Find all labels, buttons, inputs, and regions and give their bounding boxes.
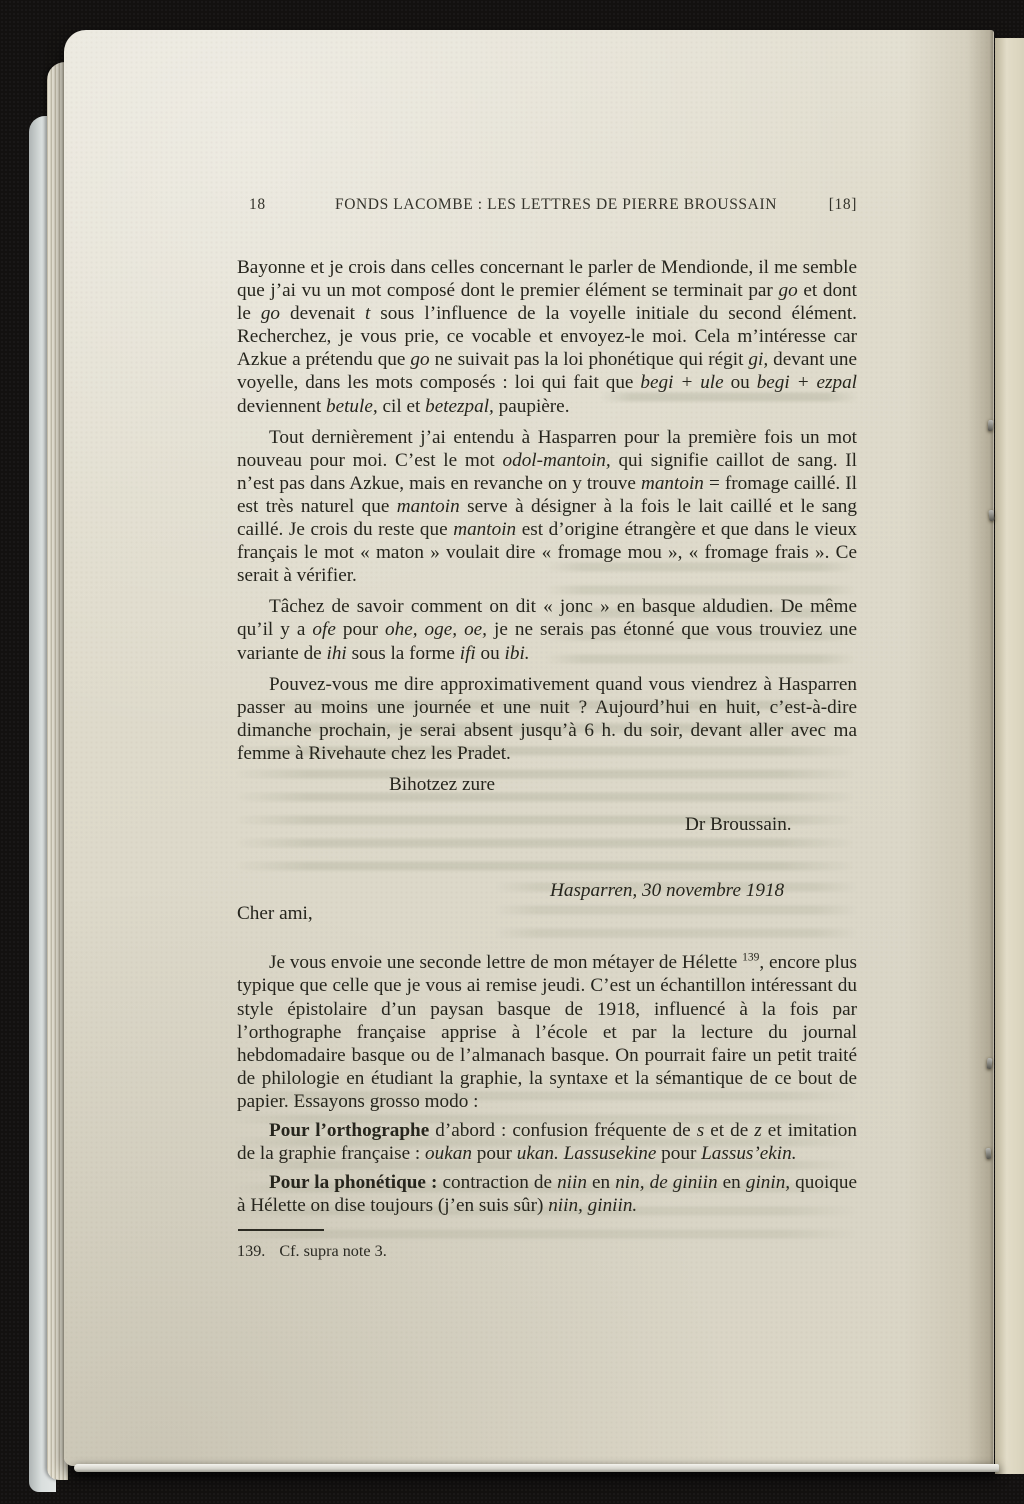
- binding-staple: [986, 1148, 992, 1159]
- letter2-salutation: Cher ami,: [237, 902, 857, 925]
- letter2-paragraphs: Je vous envoie une seconde lettre de mon…: [237, 951, 857, 1217]
- letter2-dateline: Hasparren, 30 novembre 1918: [550, 879, 857, 902]
- footnote-number: 139.: [237, 1242, 265, 1260]
- letter1-signature: Dr Broussain.: [685, 813, 857, 836]
- book-photo: 18 FONDS LACOMBE : LES LETTRES DE PIERRE…: [0, 0, 1024, 1504]
- running-title: FONDS LACOMBE : LES LETTRES DE PIERRE BR…: [295, 196, 817, 214]
- page-content: 18 FONDS LACOMBE : LES LETTRES DE PIERRE…: [237, 196, 857, 1263]
- footnote-rule: [238, 1229, 324, 1231]
- body-text: Bayonne et je crois dans celles concerna…: [237, 256, 857, 1263]
- facing-page-edge: [995, 38, 1024, 1474]
- bracket-page-number: [18]: [817, 196, 857, 214]
- letter1-closing: Bihotzez zure: [389, 773, 857, 796]
- page-bottom-edge: [74, 1464, 999, 1472]
- footnote-text: 139.Cf. supra note 3.: [237, 1240, 857, 1263]
- running-head: 18 FONDS LACOMBE : LES LETTRES DE PIERRE…: [237, 196, 857, 214]
- page-fold-shadow: [904, 30, 994, 1466]
- book-page: 18 FONDS LACOMBE : LES LETTRES DE PIERRE…: [64, 30, 994, 1466]
- binding-staple: [987, 1058, 993, 1069]
- binding-staple: [988, 420, 994, 431]
- letter1-paragraphs: Bayonne et je crois dans celles concerna…: [237, 256, 857, 765]
- page-number: 18: [237, 196, 295, 214]
- footnote-body: Cf. supra note 3.: [279, 1242, 386, 1260]
- footnote: 139.Cf. supra note 3.: [237, 1229, 857, 1263]
- binding-staple: [988, 510, 994, 521]
